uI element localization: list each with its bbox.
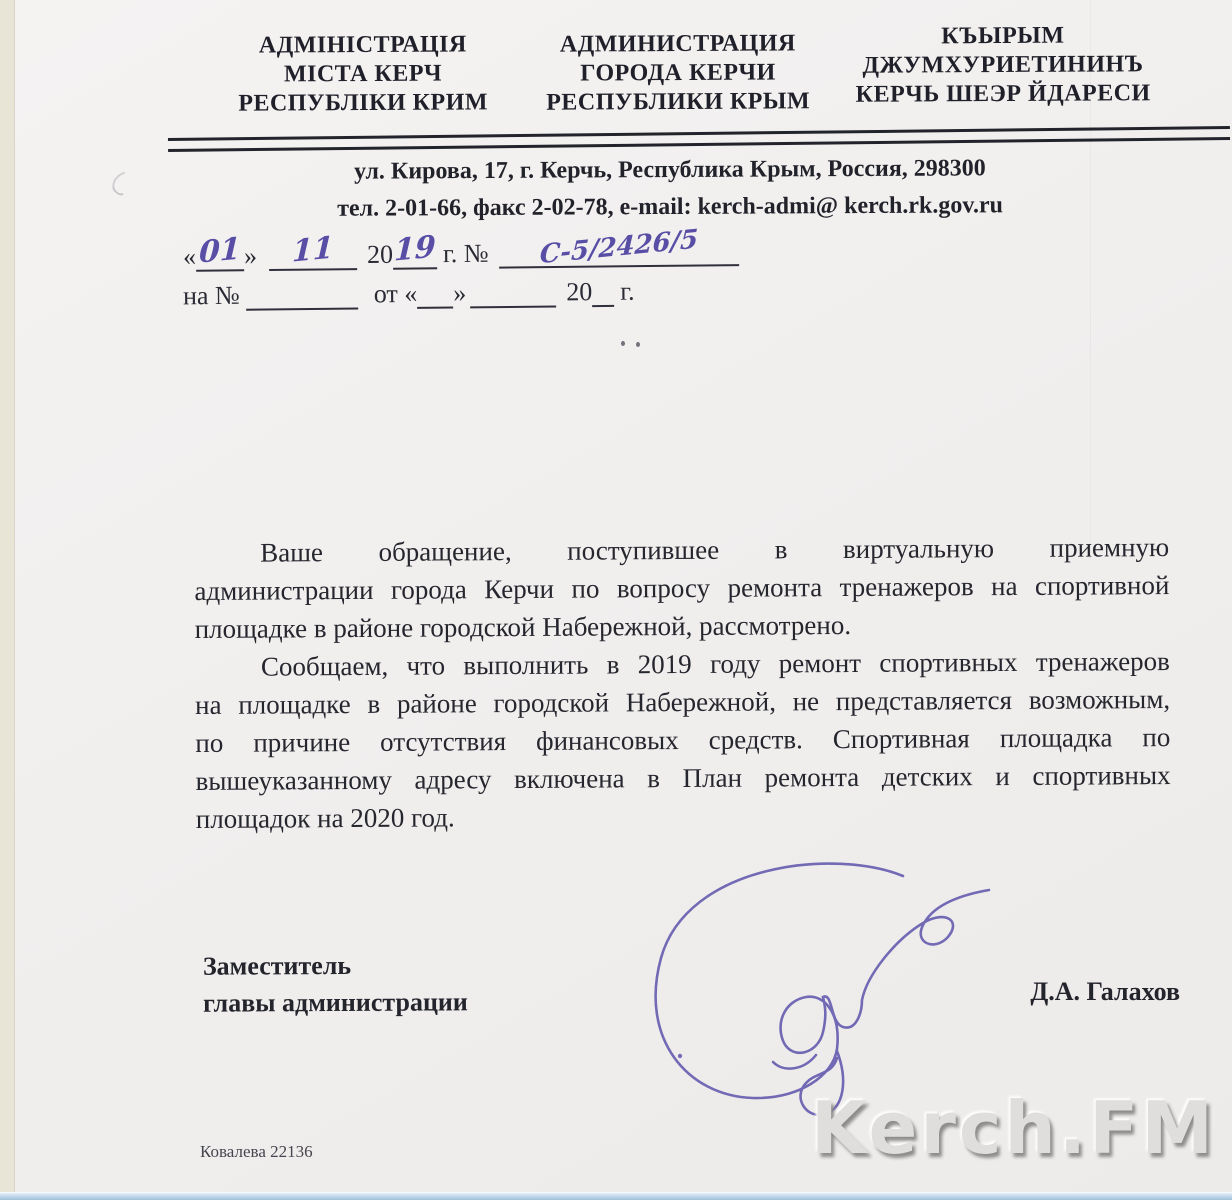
year-prefix: 20 bbox=[367, 240, 393, 270]
letterhead-line: ГОРОДА КЕРЧИ bbox=[538, 58, 818, 88]
reply-year-suffix: г. bbox=[620, 277, 635, 307]
letterhead-line: АДМІНІСТРАЦІЯ bbox=[218, 30, 508, 61]
scan-dot bbox=[636, 342, 640, 347]
handwritten-day: 01 bbox=[198, 231, 241, 270]
letter-body: Ваше обращение, поступившее в виртуальну… bbox=[194, 528, 1171, 838]
signature bbox=[585, 846, 997, 1122]
body-line: администрации города Керчи по вопросу ре… bbox=[194, 566, 1169, 610]
body-line: Сообщаем, что выполнить в 2019 году ремо… bbox=[195, 642, 1170, 686]
contact-block: ул. Кирова, 17, г. Керчь, Республика Кры… bbox=[240, 150, 1100, 229]
reply-day-blank-line bbox=[417, 279, 453, 309]
page-left-edge bbox=[0, 0, 15, 1200]
signer-name: Д.А. Галахов bbox=[1010, 977, 1180, 1007]
letterhead-ukrainian: АДМІНІСТРАЦІЯ МІСТА КЕРЧ РЕСПУБЛІКИ КРИМ bbox=[218, 30, 508, 119]
signer-position: Заместитель главы администрации bbox=[203, 946, 468, 1021]
reply-year-blank-line bbox=[592, 277, 614, 307]
scan-smudge-mark bbox=[108, 167, 140, 200]
reply-year-prefix: 20 bbox=[566, 277, 592, 307]
kerch-fm-watermark: Kerch.FM bbox=[811, 1086, 1216, 1170]
reply-reference-line: на № от « » 20 г. bbox=[183, 277, 635, 312]
phone-line: тел. 2-01-66, факс 2-02-78, e-mail: kerc… bbox=[240, 187, 1100, 229]
year-blank-line: 19 bbox=[393, 239, 437, 269]
letterhead-russian: АДМИНИСТРАЦИЯ ГОРОДА КЕРЧИ РЕСПУБЛИКИ КР… bbox=[538, 29, 818, 117]
letterhead-crimean-tatar: КЪЫРЫМ ДЖУМХУРИЕТИНИНЪ КЕРЧЬ ШЕЭР ЙДАРЕС… bbox=[848, 21, 1158, 110]
body-line: на площадке в районе городской Набережно… bbox=[195, 680, 1170, 724]
letterhead-line: КЕРЧЬ ШЕЭР ЙДАРЕСИ bbox=[848, 79, 1158, 110]
handwritten-outgoing-number: С-5/2426/5 bbox=[539, 224, 699, 270]
scanned-letter-page: АДМІНІСТРАЦІЯ МІСТА КЕРЧ РЕСПУБЛІКИ КРИМ… bbox=[0, 0, 1232, 1200]
from-label: от « bbox=[374, 279, 418, 309]
letterhead-line: РЕСПУБЛІКИ КРИМ bbox=[218, 88, 508, 119]
signature-ink-dot bbox=[678, 1054, 682, 1058]
reply-label: на № bbox=[183, 281, 240, 312]
letterhead-line: АДМИНИСТРАЦИЯ bbox=[538, 29, 818, 59]
letterhead-line: КЪЫРЫМ bbox=[848, 21, 1158, 52]
letterhead-line: ДЖУМХУРИЕТИНИНЪ bbox=[848, 50, 1158, 81]
year-number-label: г. № bbox=[443, 239, 489, 269]
signer-position-line: главы администрации bbox=[203, 983, 468, 1021]
month-blank-line: 11 bbox=[269, 240, 357, 271]
body-line: площадке в районе городской Набережной, … bbox=[195, 604, 1170, 648]
address-line: ул. Кирова, 17, г. Керчь, Республика Кры… bbox=[240, 150, 1100, 192]
quote-close: » bbox=[453, 278, 466, 308]
executor-note: Ковалева 22136 bbox=[200, 1142, 313, 1162]
number-blank-line: С-5/2426/5 bbox=[498, 236, 738, 269]
quote-close: » bbox=[244, 241, 257, 271]
letterhead-line: РЕСПУБЛИКИ КРЫМ bbox=[538, 87, 818, 117]
letterhead-line: МІСТА КЕРЧ bbox=[218, 59, 508, 90]
body-line: площадок на 2020 год. bbox=[196, 794, 1171, 838]
letterhead-divider-rule bbox=[168, 126, 1230, 152]
quote-open: « bbox=[183, 242, 196, 272]
handwritten-month: 11 bbox=[291, 230, 334, 269]
reply-number-blank-line bbox=[246, 280, 358, 311]
body-line: по причине отсутствия финансовых средств… bbox=[195, 718, 1170, 762]
body-line: Ваше обращение, поступившее в виртуальну… bbox=[194, 528, 1169, 572]
signer-position-line: Заместитель bbox=[203, 946, 468, 984]
reply-month-blank-line bbox=[470, 277, 556, 308]
day-blank-line: 01 bbox=[196, 241, 244, 272]
outgoing-date-number-line: « 01 » 11 20 19 г. № С-5/2426/5 bbox=[183, 236, 739, 272]
bottom-scan-strip bbox=[0, 1192, 1232, 1200]
scan-dot bbox=[621, 341, 625, 346]
handwritten-year: 19 bbox=[393, 229, 436, 268]
body-line: вышеуказанному адресу включена в План ре… bbox=[195, 756, 1170, 800]
